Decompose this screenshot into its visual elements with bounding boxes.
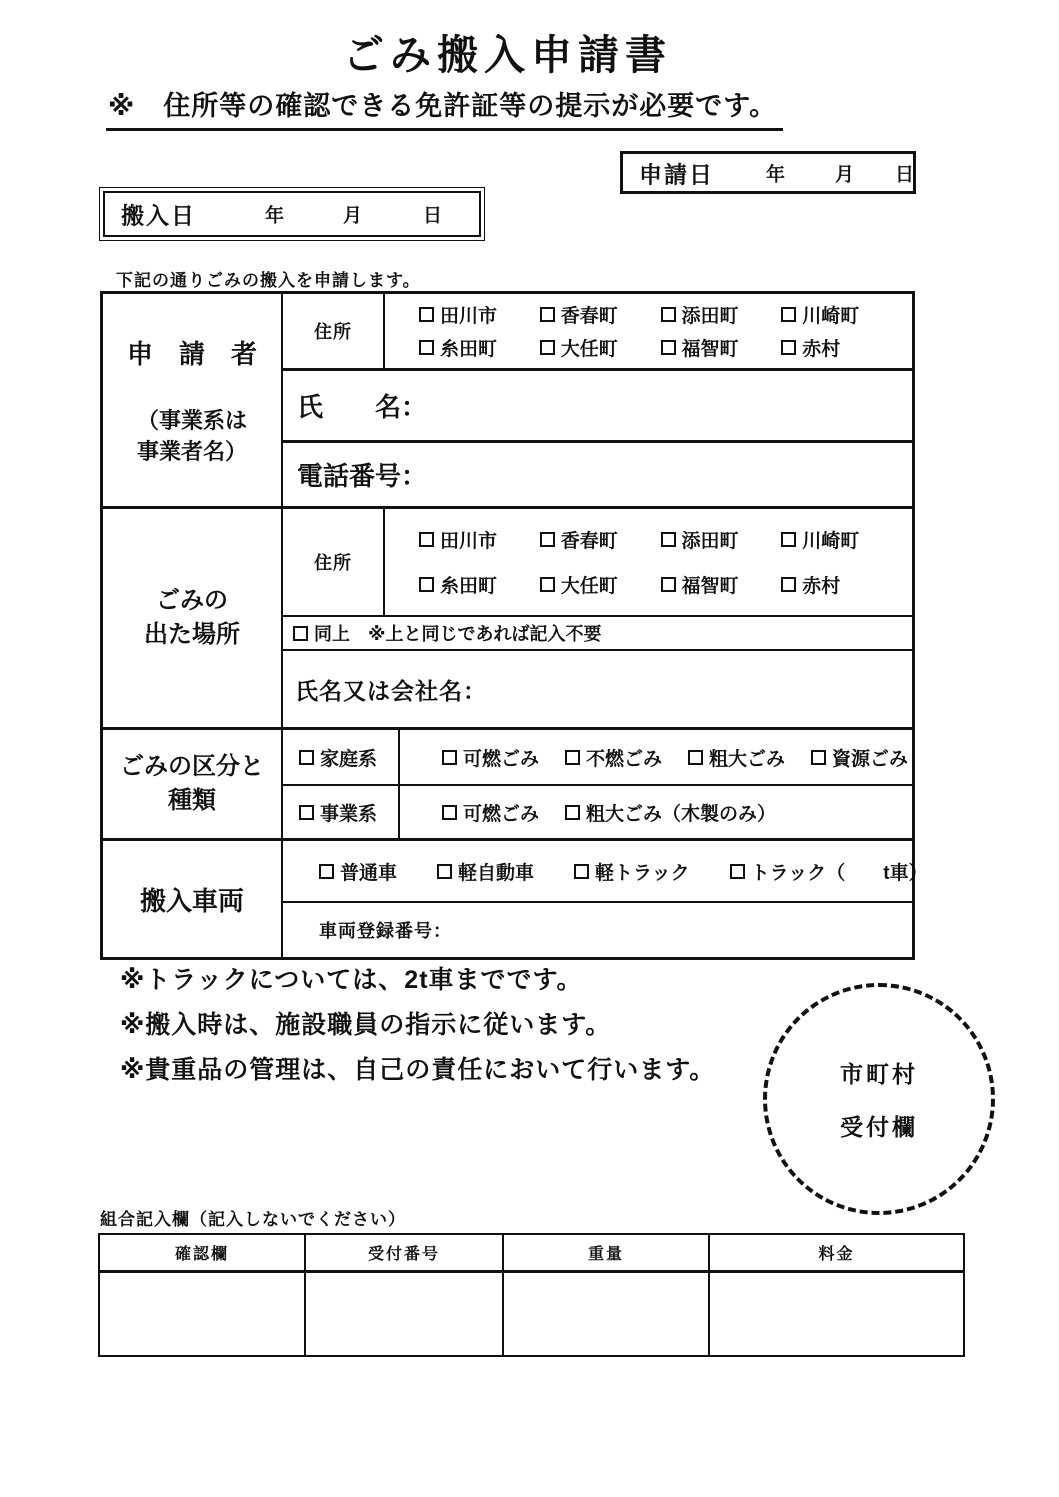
carry-in-date-label: 搬入日: [121, 198, 196, 231]
scanned-form-page: ごみ搬入申請書 ※ 住所等の確認できる免許証等の提示が必要です。 申請日 年 月…: [0, 0, 1059, 1497]
waste-type-option: 資源ごみ: [811, 744, 908, 771]
checkbox-icon: [811, 750, 826, 765]
checkbox-icon: [419, 340, 434, 355]
office-cell-empty: [710, 1273, 963, 1355]
vehicle-registration-field: 車両登録番号：: [283, 901, 912, 957]
municipality-option: 田川市: [419, 301, 540, 328]
vehicle-type-option: 軽自動車: [437, 858, 534, 885]
waste-type-option: 粗大ごみ: [688, 744, 785, 771]
office-column-header: 受付番号: [306, 1235, 504, 1273]
name-field-label: 氏 名：: [297, 387, 427, 424]
checkbox-icon: [661, 307, 676, 322]
household-category-row: 家庭系 可燃ごみ 不燃ごみ 粗大ごみ 資源ごみ: [283, 730, 912, 784]
applicant-section-header: 申 請 者 （事業系は 事業者名）: [103, 294, 283, 506]
checkbox-icon: [419, 307, 434, 322]
checkbox-icon: [730, 864, 745, 879]
checkbox-icon: [661, 340, 676, 355]
office-column-header: 料金: [710, 1235, 963, 1273]
waste-type-option: 粗大ごみ（木製のみ）: [565, 799, 776, 826]
waste-origin-header-text: ごみの 出た場所: [144, 584, 240, 652]
office-cell-empty: [504, 1273, 710, 1355]
vehicle-section-header: 搬入車両: [103, 841, 283, 957]
municipality-option: 香春町: [540, 526, 661, 553]
same-as-above-option: 同上: [293, 620, 350, 646]
stamp-circle-line1: 市町村: [840, 1056, 918, 1089]
same-as-above-note: ※上と同じであれば記入不要: [368, 620, 602, 646]
applicant-section: 申 請 者 （事業系は 事業者名） 住所 田川市 香春町 添田町 川崎町 糸田町…: [103, 294, 912, 506]
year-unit-label: 年: [766, 159, 785, 186]
vehicle-type-option: 普通車: [319, 858, 397, 885]
vehicle-registration-label: 車両登録番号：: [319, 917, 452, 943]
checkbox-icon: [661, 577, 676, 592]
address-label: 住所: [283, 509, 385, 615]
office-column-header: 確認欄: [100, 1235, 306, 1273]
year-unit-label: 年: [265, 201, 284, 228]
vehicle-type-option: 軽トラック: [574, 858, 690, 885]
phone-field-label: 電話番号：: [297, 456, 427, 493]
note-line: ※貴重品の管理は、自己の責任において行います。: [120, 1050, 715, 1086]
checkbox-icon: [565, 805, 580, 820]
municipality-option: 香春町: [540, 301, 661, 328]
vehicle-header-text: 搬入車両: [140, 881, 244, 918]
checkbox-icon: [437, 864, 452, 879]
applicant-header-note: （事業系は 事業者名）: [137, 405, 247, 467]
municipality-option: 大任町: [540, 571, 661, 598]
municipality-option: 赤村: [781, 334, 902, 361]
note-line: ※トラックについては、2t車までです。: [120, 960, 715, 996]
office-cell-empty: [100, 1273, 306, 1355]
application-date-label: 申請日: [639, 156, 714, 189]
household-waste-types: 可燃ごみ 不燃ごみ 粗大ごみ 資源ごみ: [400, 730, 912, 784]
checkbox-icon: [574, 864, 589, 879]
waste-type-option: 可燃ごみ: [442, 799, 539, 826]
note-line: ※搬入時は、施設職員の指示に従います。: [120, 1005, 715, 1041]
checkbox-icon: [540, 340, 555, 355]
municipality-option: 赤村: [781, 571, 902, 598]
checkbox-icon: [293, 626, 308, 641]
business-category-row: 事業系 可燃ごみ 粗大ごみ（木製のみ）: [283, 784, 912, 838]
office-table: 確認欄 受付番号 重量 料金: [98, 1233, 965, 1357]
checkbox-icon: [781, 532, 796, 547]
checkbox-icon: [299, 750, 314, 765]
business-option: 事業系: [299, 799, 377, 826]
municipality-option: 添田町: [661, 526, 782, 553]
vehicle-type-row: 普通車 軽自動車 軽トラック トラック（ t車）: [283, 841, 912, 901]
id-notice: ※ 住所等の確認できる免許証等の提示が必要です。: [106, 84, 783, 131]
application-table: 申 請 者 （事業系は 事業者名） 住所 田川市 香春町 添田町 川崎町 糸田町…: [100, 291, 915, 960]
origin-address-row: 住所 田川市 香春町 添田町 川崎町 糸田町 大任町 福智町 赤村: [283, 509, 912, 615]
checkbox-icon: [419, 532, 434, 547]
applicant-phone-field: 電話番号：: [283, 440, 912, 506]
municipality-option: 糸田町: [419, 571, 540, 598]
checkbox-icon: [781, 577, 796, 592]
municipality-option: 川崎町: [781, 526, 902, 553]
day-unit-label: 日: [423, 201, 442, 228]
office-cell-empty: [306, 1273, 504, 1355]
applicant-header-text: 申 請 者: [127, 334, 257, 371]
name-or-company-label: 氏名又は会社名：: [295, 673, 487, 706]
checkbox-icon: [540, 532, 555, 547]
waste-origin-section: ごみの 出た場所 住所 田川市 香春町 添田町 川崎町 糸田町 大任町 福智町 …: [103, 506, 912, 727]
municipality-option: 福智町: [661, 334, 782, 361]
household-option-cell: 家庭系: [283, 730, 400, 784]
footnotes: ※トラックについては、2t車までです。 ※搬入時は、施設職員の指示に従います。 …: [120, 960, 715, 1086]
municipality-options: 田川市 香春町 添田町 川崎町 糸田町 大任町 福智町 赤村: [385, 294, 912, 368]
checkbox-icon: [688, 750, 703, 765]
municipality-option: 福智町: [661, 571, 782, 598]
waste-type-option: 可燃ごみ: [442, 744, 539, 771]
checkbox-icon: [781, 307, 796, 322]
checkbox-icon: [442, 805, 457, 820]
checkbox-icon: [419, 577, 434, 592]
intro-text: 下記の通りごみの搬入を申請します。: [116, 266, 421, 291]
office-column-header: 重量: [504, 1235, 710, 1273]
business-waste-types: 可燃ごみ 粗大ごみ（木製のみ）: [400, 786, 912, 838]
carry-in-date-box: 搬入日 年 月 日: [103, 191, 481, 237]
vehicle-type-option: トラック（ t車）: [730, 858, 928, 885]
checkbox-icon: [661, 532, 676, 547]
municipality-options: 田川市 香春町 添田町 川崎町 糸田町 大任町 福智町 赤村: [385, 509, 912, 615]
address-label: 住所: [283, 294, 385, 368]
checkbox-icon: [442, 750, 457, 765]
municipality-option: 田川市: [419, 526, 540, 553]
waste-category-header-text: ごみの区分と 種類: [120, 750, 264, 818]
household-option: 家庭系: [299, 744, 377, 771]
checkbox-icon: [565, 750, 580, 765]
checkbox-icon: [319, 864, 334, 879]
same-as-above-row: 同上 ※上と同じであれば記入不要: [283, 615, 912, 649]
waste-origin-section-header: ごみの 出た場所: [103, 509, 283, 727]
municipality-option: 大任町: [540, 334, 661, 361]
waste-category-section: ごみの区分と 種類 家庭系 可燃ごみ 不燃ごみ 粗大ごみ 資源ごみ: [103, 727, 912, 838]
day-unit-label: 日: [895, 159, 914, 186]
month-unit-label: 月: [343, 201, 362, 228]
form-title: ごみ搬入申請書: [100, 22, 915, 81]
municipality-option: 糸田町: [419, 334, 540, 361]
application-date-box: 申請日 年 月 日: [620, 151, 916, 194]
municipality-option: 川崎町: [781, 301, 902, 328]
applicant-name-field: 氏 名：: [283, 368, 912, 440]
checkbox-icon: [299, 805, 314, 820]
vehicle-section: 搬入車両 普通車 軽自動車 軽トラック トラック（ t車） 車両登録番号：: [103, 838, 912, 957]
applicant-address-row: 住所 田川市 香春町 添田町 川崎町 糸田町 大任町 福智町 赤村: [283, 294, 912, 368]
municipality-option: 添田町: [661, 301, 782, 328]
business-option-cell: 事業系: [283, 786, 400, 838]
waste-category-section-header: ごみの区分と 種類: [103, 730, 283, 838]
checkbox-icon: [781, 340, 796, 355]
waste-type-option: 不燃ごみ: [565, 744, 662, 771]
checkbox-icon: [540, 307, 555, 322]
origin-name-or-company-field: 氏名又は会社名：: [283, 649, 912, 727]
month-unit-label: 月: [835, 159, 854, 186]
checkbox-icon: [540, 577, 555, 592]
stamp-circle-line2: 受付欄: [840, 1109, 918, 1142]
office-section-label: 組合記入欄（記入しないでください）: [100, 1205, 406, 1230]
stamp-circle: 市町村 受付欄: [763, 983, 995, 1215]
